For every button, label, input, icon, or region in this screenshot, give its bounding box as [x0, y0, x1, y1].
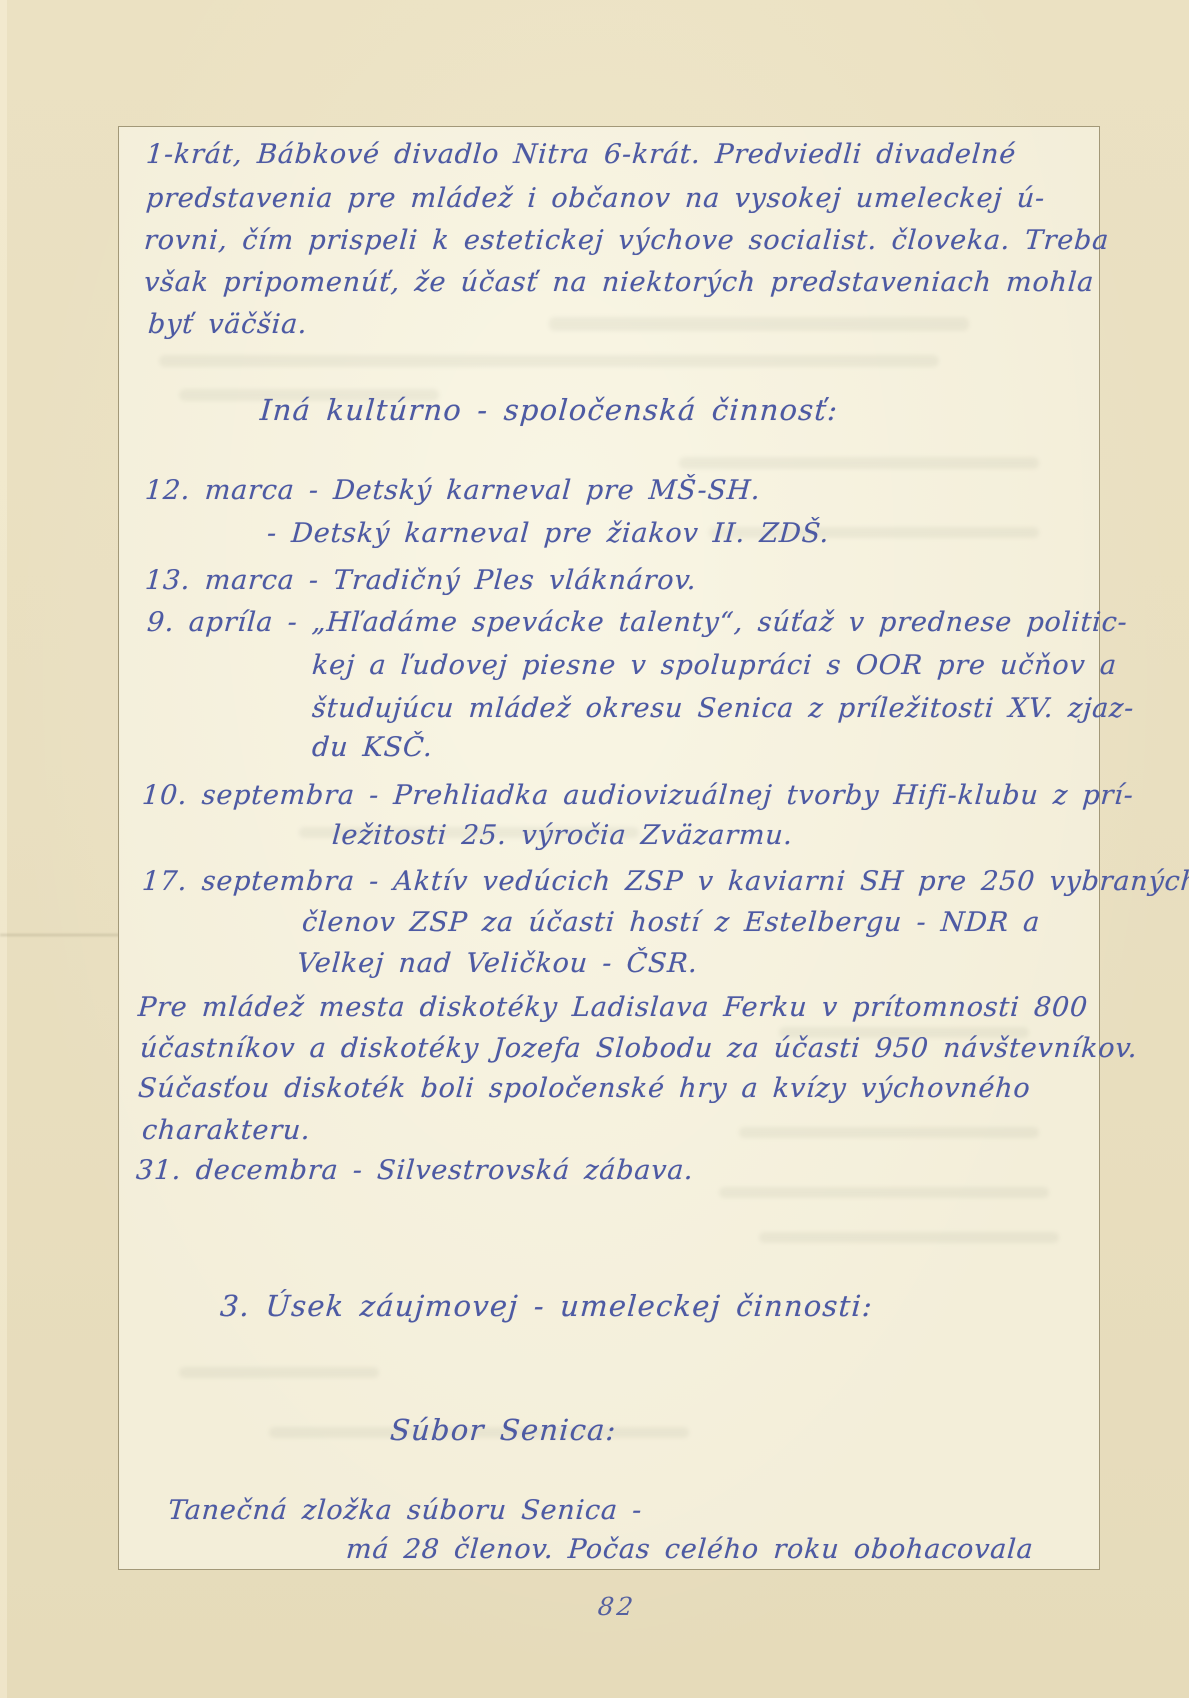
handwritten-line: kej a ľudovej piesne v spolupráci s OOR …: [311, 650, 1118, 681]
handwritten-line: Pre mládež mesta diskotéky Ladislava Fer…: [137, 992, 1089, 1023]
scan-left-edge: [0, 0, 7, 1698]
page-number: 82: [596, 1592, 637, 1621]
handwritten-line: študujúcu mládež okresu Senica z príleži…: [311, 693, 1135, 724]
handwritten-line: 1-krát, Bábkové divadlo Nitra 6-krát. Pr…: [145, 139, 1017, 170]
handwritten-line: účastníkov a diskotéky Jozefa Slobodu za…: [139, 1033, 1139, 1064]
handwritten-line: 31. decembra - Silvestrovská zábava.: [135, 1155, 695, 1186]
chronicle-sheet: 1-krát, Bábkové divadlo Nitra 6-krát. Pr…: [118, 126, 1100, 1570]
handwritten-line: však pripomenúť, že účasť na niektorých …: [143, 267, 1095, 298]
handwritten-line: byť väčšia.: [147, 309, 309, 340]
section-heading-cultural: Iná kultúrno - spoločenská činnosť:: [259, 393, 839, 427]
paper-crease: [0, 934, 120, 936]
handwritten-line: Tanečná zložka súboru Senica -: [167, 1495, 643, 1526]
handwritten-line: Súčasťou diskoték boli spoločenské hry a…: [137, 1073, 1032, 1104]
handwritten-line: rovni, čím prispeli k estetickej výchove…: [143, 225, 1110, 256]
bleedthrough-smudge: [739, 1127, 1039, 1138]
handwritten-line: du KSČ.: [311, 732, 434, 763]
bleedthrough-smudge: [179, 1367, 379, 1378]
bleedthrough-smudge: [719, 1187, 1049, 1198]
handwritten-line: predstavenia pre mládež i občanov na vys…: [145, 183, 1046, 214]
handwritten-line: 12. marca - Detský karneval pre MŠ-SH.: [144, 475, 762, 506]
handwritten-line: členov ZSP za účasti hostí z Estelbergu …: [301, 907, 1041, 938]
handwritten-line: charakteru.: [141, 1115, 312, 1146]
bleedthrough-smudge: [679, 457, 1039, 469]
subheading-ensemble: Súbor Senica:: [389, 1413, 618, 1447]
handwritten-line: Velkej nad Veličkou - ČSR.: [296, 948, 699, 979]
section-heading-art: 3. Úsek záujmovej - umeleckej činnosti:: [219, 1289, 874, 1323]
handwritten-line: ležitosti 25. výročia Zväzarmu.: [331, 820, 794, 851]
handwritten-line: 10. septembra - Prehliadka audiovizuálne…: [141, 780, 1135, 811]
handwritten-line: 13. marca - Tradičný Ples vláknárov.: [144, 565, 698, 596]
handwritten-line: má 28 členov. Počas celého roku obohacov…: [345, 1534, 1035, 1565]
bleedthrough-smudge: [549, 317, 969, 331]
bleedthrough-smudge: [159, 355, 939, 367]
handwritten-line: 17. septembra - Aktív vedúcich ZSP v kav…: [141, 866, 1189, 897]
bleedthrough-smudge: [759, 1232, 1059, 1243]
handwritten-line: 9. apríla - „Hľadáme spevácke talenty“, …: [146, 607, 1129, 638]
handwritten-line: - Detský karneval pre žiakov II. ZDŠ.: [266, 518, 830, 549]
